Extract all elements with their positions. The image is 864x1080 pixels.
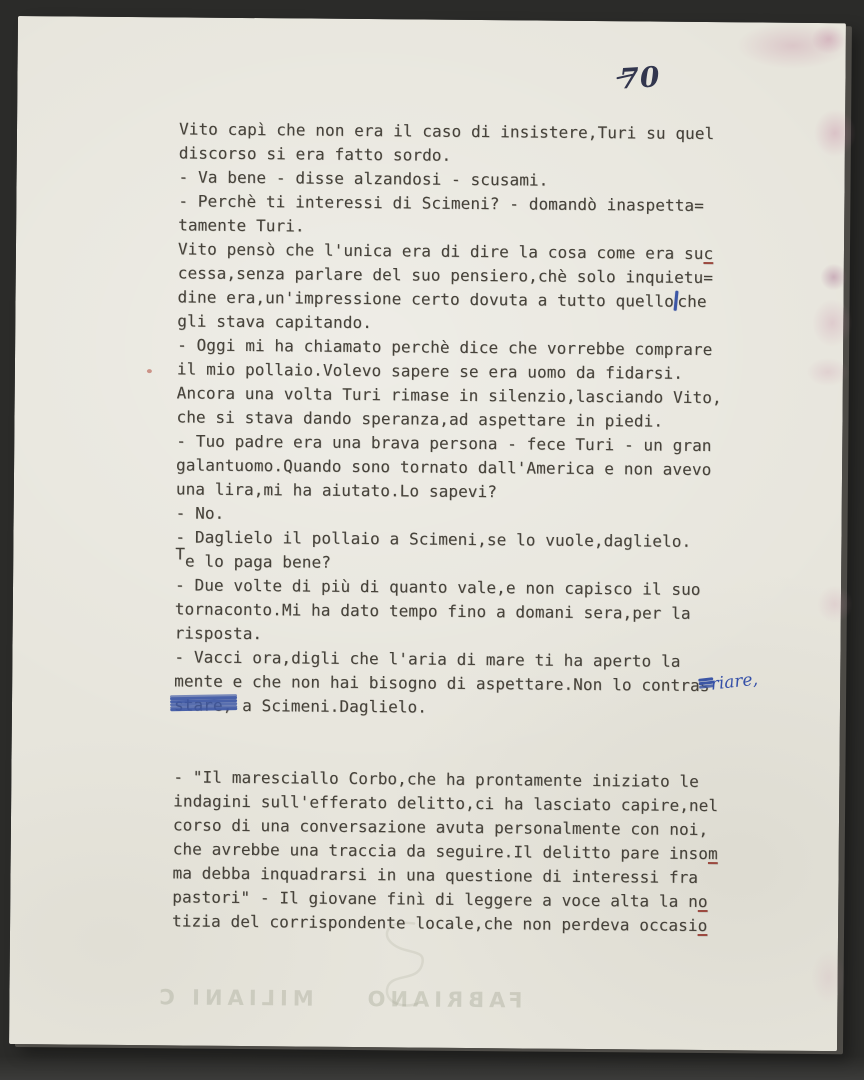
text-line: tizia del corrispondente locale,che non … xyxy=(172,909,772,938)
stain xyxy=(718,14,864,77)
typed-text: Vito capì che non era il caso di insiste… xyxy=(172,117,779,938)
text-segment: tizia del corrispondente locale,che non … xyxy=(172,911,698,935)
text-segment: a Scimeni.Daglielo. xyxy=(242,696,427,717)
watermark-word: FABRIANO xyxy=(362,987,522,1012)
watermark-word: MILIANI C xyxy=(154,985,313,1010)
paragraph-block-2: - "Il maresciallo Corbo,che ha prontamen… xyxy=(172,765,773,938)
hyphen-continuation-letter: o xyxy=(698,916,708,935)
stain xyxy=(147,369,152,373)
stain xyxy=(799,353,857,392)
hyphen-continuation-letter: c xyxy=(703,244,713,263)
text-segment: pastori" - Il giovane finì di leggere a … xyxy=(172,887,698,911)
hyphen-continuation-letter: o xyxy=(698,892,708,911)
handwritten-page-number: 70 xyxy=(619,60,662,95)
misaligned-letter: T xyxy=(175,544,185,563)
scan-bottom-edge xyxy=(0,1056,864,1080)
stain xyxy=(807,101,864,165)
text-segment: che xyxy=(677,292,706,311)
handwritten-correction: riare, xyxy=(710,667,760,696)
text-segment: Vito pensò che l'unica era di dire la co… xyxy=(178,239,704,263)
paper-sheet: 70 FABRIANO MILIANI C Vito capì che non … xyxy=(9,16,846,1051)
stain xyxy=(805,941,852,1013)
stain xyxy=(811,579,859,629)
scanned-page-photo: { "document": { "page_number": "70", "li… xyxy=(0,0,864,1080)
stain xyxy=(806,19,852,59)
scribbled-out-word: stare, xyxy=(174,693,233,718)
text-segment: che avrebbe una traccia da seguire.Il de… xyxy=(173,839,708,863)
stain xyxy=(816,259,852,295)
stain xyxy=(805,291,860,355)
paragraph-block-1: Vito capì che non era il caso di insiste… xyxy=(174,117,779,722)
hyphen-continuation-letter: m xyxy=(708,844,718,863)
text-segment: e lo paga bene? xyxy=(185,551,331,571)
watermark-text: FABRIANO MILIANI C xyxy=(154,985,522,1012)
struck-character: s xyxy=(700,674,710,698)
text-segment: dine era,un'impressione certo dovuta a t… xyxy=(177,287,674,310)
text-segment: mente e che non hai bisogno di aspettare… xyxy=(174,671,700,695)
